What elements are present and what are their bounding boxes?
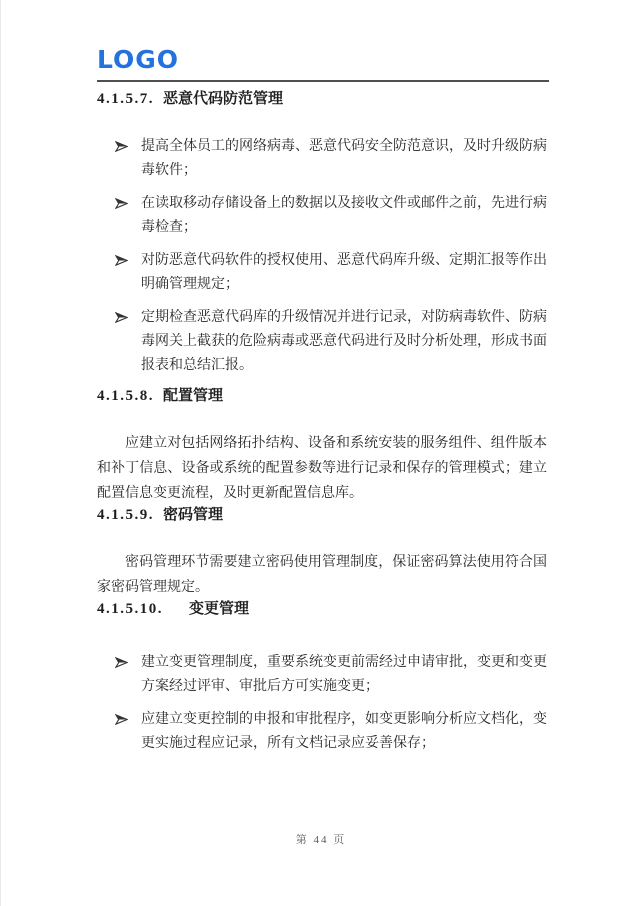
list-item-text: 建立变更管理制度，重要系统变更前需经过申请审批，变更和变更方案经过评审、审批后方… (141, 655, 547, 694)
section-title: 恶意代码防范管理 (163, 90, 283, 107)
section-number: 4.1.5.8. (97, 388, 154, 404)
list-item: 提高全体员工的网络病毒、恶意代码安全防范意识，及时升级防病毒软件； (97, 135, 547, 183)
list-item: 建立变更管理制度，重要系统变更前需经过申请审批，变更和变更方案经过评审、审批后方… (97, 651, 547, 699)
section-title: 配置管理 (163, 387, 223, 404)
section-title: 密码管理 (163, 506, 223, 523)
page-content: LOGO 4.1.5.7.恶意代码防范管理 提高全体员工的网络病毒、恶意代码安全… (97, 0, 547, 765)
arrowhead-right-icon (115, 197, 128, 210)
section-heading-configuration-management: 4.1.5.8.配置管理 (97, 387, 547, 405)
arrowhead-right-icon (115, 254, 128, 267)
section-title: 变更管理 (189, 600, 249, 617)
list-item-text: 对防恶意代码软件的授权使用、恶意代码库升级、定期汇报等作出明确管理规定； (141, 253, 547, 292)
list-item: 在读取移动存储设备上的数据以及接收文件或邮件之前，先进行病毒检查； (97, 192, 547, 240)
section-heading-password-management: 4.1.5.9.密码管理 (97, 506, 547, 524)
arrowhead-right-icon (115, 140, 128, 153)
section-number: 4.1.5.7. (97, 91, 154, 107)
arrowhead-right-icon (115, 656, 128, 669)
section-heading-change-management: 4.1.5.10.变更管理 (97, 600, 547, 618)
document-page: LOGO 4.1.5.7.恶意代码防范管理 提高全体员工的网络病毒、恶意代码安全… (0, 0, 640, 906)
bullet-list: 提高全体员工的网络病毒、恶意代码安全防范意识，及时升级防病毒软件； 在读取移动存… (97, 135, 547, 378)
list-item-text: 应建立变更控制的申报和审批程序，如变更影响分析应文档化，变更实施过程应记录，所有… (141, 712, 547, 751)
list-item-text: 提高全体员工的网络病毒、恶意代码安全防范意识，及时升级防病毒软件； (141, 139, 547, 178)
section-heading-malware-management: 4.1.5.7.恶意代码防范管理 (97, 90, 547, 108)
header-divider (97, 80, 549, 82)
arrowhead-right-icon (115, 713, 128, 726)
page-number: 第 44 页 (1, 831, 640, 847)
list-item: 定期检查恶意代码库的升级情况并进行记录，对防病毒软件、防病毒网关上截获的危险病毒… (97, 306, 547, 378)
section-number: 4.1.5.10. (97, 601, 163, 617)
bullet-list: 建立变更管理制度，重要系统变更前需经过申请审批，变更和变更方案经过评审、审批后方… (97, 651, 547, 756)
body-paragraph: 应建立对包括网络拓扑结构、设备和系统安装的服务组件、组件版本和补丁信息、设备或系… (97, 431, 547, 506)
section-number: 4.1.5.9. (97, 507, 154, 523)
list-item: 应建立变更控制的申报和审批程序，如变更影响分析应文档化，变更实施过程应记录，所有… (97, 708, 547, 756)
list-item: 对防恶意代码软件的授权使用、恶意代码库升级、定期汇报等作出明确管理规定； (97, 249, 547, 297)
list-item-text: 在读取移动存储设备上的数据以及接收文件或邮件之前，先进行病毒检查； (141, 196, 547, 235)
body-paragraph: 密码管理环节需要建立密码使用管理制度，保证密码算法使用符合国家密码管理规定。 (97, 550, 547, 600)
list-item-text: 定期检查恶意代码库的升级情况并进行记录，对防病毒软件、防病毒网关上截获的危险病毒… (141, 310, 547, 373)
arrowhead-right-icon (115, 311, 128, 324)
brand-logo: LOGO (97, 46, 547, 74)
